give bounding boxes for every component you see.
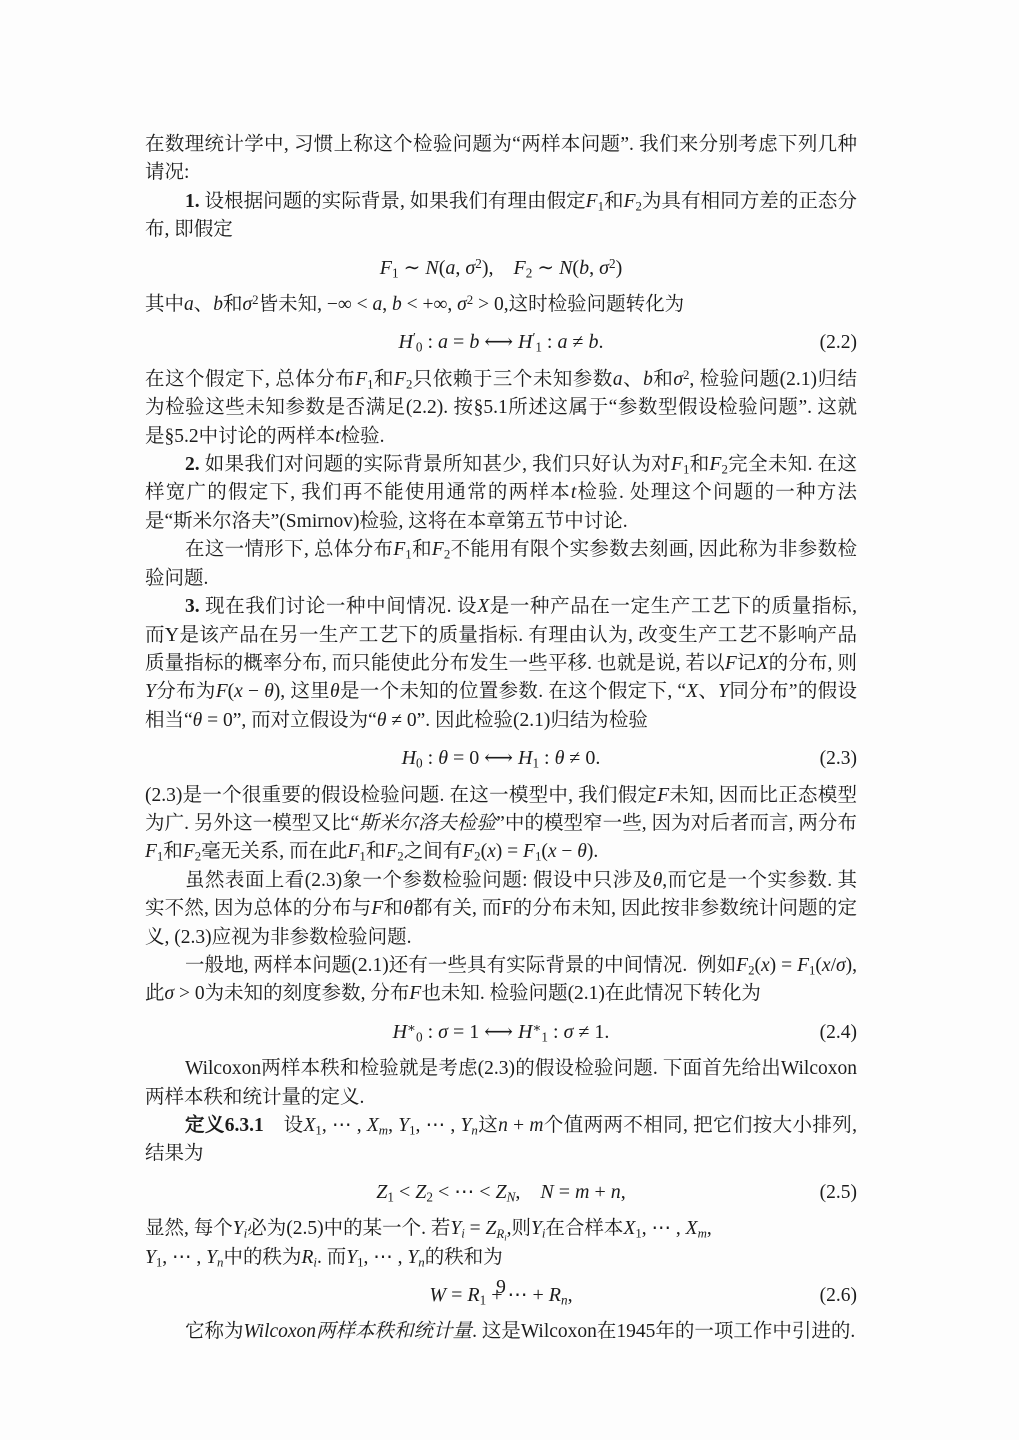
equation-number: (2.3) [820, 745, 857, 773]
paragraph: 一般地, 两样本问题(2.1)还有一些具有实际背景的中间情况. 例如F2(x) … [145, 952, 857, 1009]
paragraph: 在这一情形下, 总体分布F1和F2不能用有限个实参数去刻画, 因此称为非参数检验… [145, 536, 857, 593]
paragraph: 它称为Wilcoxon两样本秩和统计量. 这是Wilcoxon在1945年的一项… [145, 1318, 857, 1346]
formula-math: Z1 < Z2 < ⋯ < ZN, N = m + n, [376, 1181, 626, 1203]
paragraph: 显然, 每个Yi必为(2.5)中的某一个. 若Yi = ZRi,则Yi在合样本X… [145, 1215, 857, 1272]
display-formula: H∗0 : σ = 1 ⟷ H∗1 : σ ≠ 1. (2.4) [145, 1018, 857, 1046]
list-item-2: 2. 如果我们对问题的实际背景所知甚少, 我们只好认为对F1和F2完全未知. 在… [145, 451, 857, 536]
formula-math: H∗0 : σ = 1 ⟷ H∗1 : σ ≠ 1. [393, 1021, 610, 1043]
definition-paragraph: 定义6.3.1 设X1, ⋯ , Xm, Y1, ⋯ , Yn这n + m个值两… [145, 1112, 857, 1169]
equation-number: (2.5) [820, 1179, 857, 1207]
list-item-1: 1. 设根据问题的实际背景, 如果我们有理由假定F1和F2为具有相同方差的正态分… [145, 188, 857, 245]
list-item-3: 3. 现在我们讨论一种中间情况. 设X是一种产品在一定生产工艺下的质量指标, 而… [145, 593, 857, 735]
display-formula: F1 ∼ N(a, σ2), F2 ∼ N(b, σ2) [145, 254, 857, 282]
page-number: 9 [145, 1277, 857, 1299]
formula-math: H′0 : a = b ⟷ H′1 : a ≠ b. [399, 331, 604, 353]
formula-math: H0 : θ = 0 ⟷ H1 : θ ≠ 0. [402, 747, 601, 769]
paragraph: 其中a、b和σ2皆未知, −∞ < a, b < +∞, σ2 > 0,这时检验… [145, 291, 857, 319]
text-column: 在数理统计学中, 习惯上称这个检验问题为“两样本问题”. 我们来分别考虑下列几种… [145, 131, 857, 1347]
paragraph: 在这个假定下, 总体分布F1和F2只依赖于三个未知参数a、b和σ2, 检验问题(… [145, 366, 857, 451]
formula-math: F1 ∼ N(a, σ2), F2 ∼ N(b, σ2) [380, 257, 622, 279]
paragraph: 在数理统计学中, 习惯上称这个检验问题为“两样本问题”. 我们来分别考虑下列几种… [145, 131, 857, 188]
paragraph: (2.3)是一个很重要的假设检验问题. 在这一模型中, 我们假定F未知, 因而比… [145, 782, 857, 867]
display-formula: H0 : θ = 0 ⟷ H1 : θ ≠ 0. (2.3) [145, 744, 857, 772]
paragraph: Wilcoxon两样本秩和检验就是考虑(2.3)的假设检验问题. 下面首先给出W… [145, 1055, 857, 1112]
display-formula: Z1 < Z2 < ⋯ < ZN, N = m + n, (2.5) [145, 1178, 857, 1206]
equation-number: (2.2) [820, 329, 857, 357]
equation-number: (2.4) [820, 1019, 857, 1047]
document-page: 在数理统计学中, 习惯上称这个检验问题为“两样本问题”. 我们来分别考虑下列几种… [0, 0, 1019, 1440]
display-formula: H′0 : a = b ⟷ H′1 : a ≠ b. (2.2) [145, 328, 857, 356]
paragraph: 虽然表面上看(2.3)象一个参数检验问题: 假设中只涉及θ,而它是一个实参数. … [145, 867, 857, 952]
